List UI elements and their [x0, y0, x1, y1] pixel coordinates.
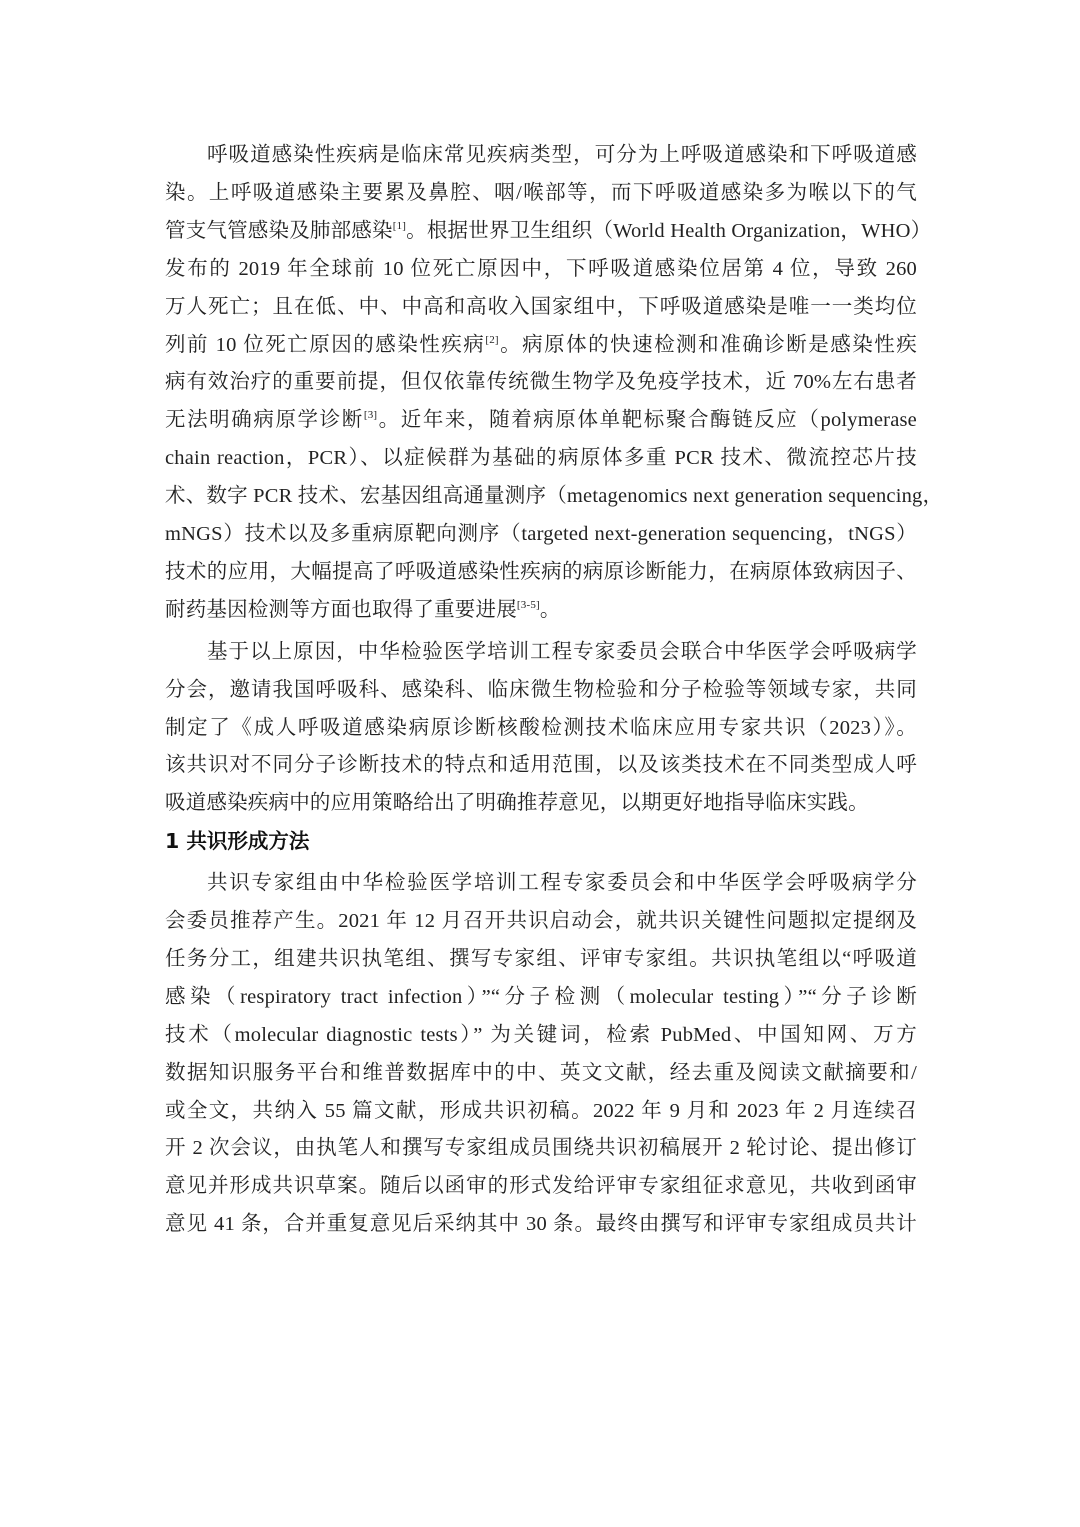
text-line: 技术（molecular diagnostic tests）” 为关键词，检索 … — [165, 1020, 917, 1050]
text-line: 万人死亡；且在低、中、中高和高收入国家组中，下呼吸道感染是唯一一类均位 — [165, 292, 917, 322]
text-line: 病有效治疗的重要前提，但仅依靠传统微生物学及免疫学技术，近 70%左右患者 — [165, 367, 917, 397]
line-text: 吸道感染疾病中的应用策略给出了明确推荐意见，以期更好地指导临床实践。 — [165, 792, 869, 814]
line-text: 数据知识服务平台和维普数据库中的中、英文文献，经去重及阅读文献摘要和/ — [165, 1062, 917, 1084]
line-text: 技术（molecular diagnostic tests）” 为关键词，检索 … — [165, 1024, 917, 1046]
text-line: 耐药基因检测等方面也取得了重要进展[3-5]。 — [165, 595, 917, 625]
text-line: 发布的 2019 年全球前 10 位死亡原因中，下呼吸道感染位居第 4 位，导致… — [165, 254, 917, 284]
line-text: 共识专家组由中华检验医学培训工程专家委员会和中华医学会呼吸病学分 — [207, 872, 917, 894]
text-line: 基于以上原因，中华检验医学培训工程专家委员会联合中华医学会呼吸病学 — [207, 637, 917, 667]
line-text: 管支气管感染及肺部感染 — [165, 220, 393, 242]
line-text: 任务分工，组建共识执笔组、撰写专家组、评审专家组。共识执笔组以“呼吸道 — [165, 948, 917, 970]
line-text: 无法明确病原学诊断 — [165, 409, 364, 431]
text-line: 共识专家组由中华检验医学培训工程专家委员会和中华医学会呼吸病学分 — [207, 868, 917, 898]
text-line: mNGS）技术以及多重病原靶向测序（targeted next-generati… — [165, 519, 917, 549]
citation-reference[interactable]: [2] — [485, 334, 498, 346]
line-text: 或全文，共纳入 55 篇文献，形成共识初稿。2022 年 9 月和 2023 年… — [165, 1100, 917, 1122]
text-line: 染。上呼吸道感染主要累及鼻腔、咽/喉部等，而下呼吸道感染多为喉以下的气 — [165, 178, 917, 208]
citation-reference[interactable]: [1] — [393, 220, 406, 232]
text-line: 会委员推荐产生。2021 年 12 月召开共识启动会，就共识关键性问题拟定提纲及 — [165, 906, 917, 936]
line-text: 制定了《成人呼吸道感染病原诊断核酸检测技术临床应用专家共识（2023）》。 — [165, 717, 917, 739]
text-line: 任务分工，组建共识执笔组、撰写专家组、评审专家组。共识执笔组以“呼吸道 — [165, 944, 917, 974]
line-text: 术、数字 PCR 技术、宏基因组高通量测序（metagenomics next … — [165, 485, 943, 507]
text-line: 意见 41 条，合并重复意见后采纳其中 30 条。最终由撰写和评审专家组成员共计 — [165, 1209, 917, 1239]
line-text: 呼吸道感染性疾病是临床常见疾病类型，可分为上呼吸道感染和下呼吸道感 — [207, 144, 917, 166]
line-text-continued: 。 — [540, 599, 561, 621]
text-line: 感染（respiratory tract infection）”“分子检测（mo… — [165, 982, 917, 1012]
text-line: 开 2 次会议，由执笔人和撰写专家组成员围绕共识初稿展开 2 轮讨论、提出修订 — [165, 1133, 917, 1163]
line-text: 意见并形成共识草案。随后以函审的形式发给评审专家组征求意见，共收到函审 — [165, 1175, 917, 1197]
text-line: 分会，邀请我国呼吸科、感染科、临床微生物检验和分子检验等领域专家，共同 — [165, 675, 917, 705]
text-line: 无法明确病原学诊断[3]。近年来，随着病原体单靶标聚合酶链反应（polymera… — [165, 405, 917, 435]
text-line: 吸道感染疾病中的应用策略给出了明确推荐意见，以期更好地指导临床实践。 — [165, 788, 917, 818]
line-text: 技术的应用，大幅提高了呼吸道感染性疾病的病原诊断能力，在病原体致病因子、 — [165, 561, 917, 583]
text-line: 呼吸道感染性疾病是临床常见疾病类型，可分为上呼吸道感染和下呼吸道感 — [207, 140, 917, 170]
line-text-continued: 。根据世界卫生组织（World Health Organization，WHO） — [406, 220, 931, 242]
text-line: chain reaction，PCR）、以症候群为基础的病原体多重 PCR 技术… — [165, 443, 917, 473]
line-text: 开 2 次会议，由执笔人和撰写专家组成员围绕共识初稿展开 2 轮讨论、提出修订 — [165, 1137, 917, 1159]
line-text: 会委员推荐产生。2021 年 12 月召开共识启动会，就共识关键性问题拟定提纲及 — [165, 910, 917, 932]
line-text: 耐药基因检测等方面也取得了重要进展 — [165, 599, 517, 621]
citation-reference[interactable]: [3-5] — [517, 599, 540, 611]
line-text-continued: 。病原体的快速检测和准确诊断是感染性疾 — [499, 334, 917, 356]
section-heading: 1 共识形成方法 — [165, 826, 309, 856]
text-line: 列前 10 位死亡原因的感染性疾病[2]。病原体的快速检测和准确诊断是感染性疾 — [165, 330, 917, 360]
line-text: 病有效治疗的重要前提，但仅依靠传统微生物学及免疫学技术，近 70%左右患者 — [165, 371, 917, 393]
line-text: 分会，邀请我国呼吸科、感染科、临床微生物检验和分子检验等领域专家，共同 — [165, 679, 917, 701]
line-text: 基于以上原因，中华检验医学培训工程专家委员会联合中华医学会呼吸病学 — [207, 641, 917, 663]
line-text: 列前 10 位死亡原因的感染性疾病 — [165, 334, 485, 356]
text-line: 技术的应用，大幅提高了呼吸道感染性疾病的病原诊断能力，在病原体致病因子、 — [165, 557, 917, 587]
line-text: 该共识对不同分子诊断技术的特点和适用范围，以及该类技术在不同类型成人呼 — [165, 754, 917, 776]
text-line: 术、数字 PCR 技术、宏基因组高通量测序（metagenomics next … — [165, 481, 917, 511]
text-line: 或全文，共纳入 55 篇文献，形成共识初稿。2022 年 9 月和 2023 年… — [165, 1096, 917, 1126]
text-line: 制定了《成人呼吸道感染病原诊断核酸检测技术临床应用专家共识（2023）》。 — [165, 713, 917, 743]
text-line: 数据知识服务平台和维普数据库中的中、英文文献，经去重及阅读文献摘要和/ — [165, 1058, 917, 1088]
line-text-continued: 。近年来，随着病原体单靶标聚合酶链反应（polymerase — [377, 409, 917, 431]
line-text: chain reaction，PCR）、以症候群为基础的病原体多重 PCR 技术… — [165, 447, 917, 469]
text-line: 管支气管感染及肺部感染[1]。根据世界卫生组织（World Health Org… — [165, 216, 917, 246]
text-line: 该共识对不同分子诊断技术的特点和适用范围，以及该类技术在不同类型成人呼 — [165, 750, 917, 780]
line-text: 万人死亡；且在低、中、中高和高收入国家组中，下呼吸道感染是唯一一类均位 — [165, 296, 917, 318]
line-text: 感染（respiratory tract infection）”“分子检测（mo… — [165, 986, 917, 1008]
line-text: 染。上呼吸道感染主要累及鼻腔、咽/喉部等，而下呼吸道感染多为喉以下的气 — [165, 182, 917, 204]
line-text: mNGS）技术以及多重病原靶向测序（targeted next-generati… — [165, 523, 917, 545]
document-page: 呼吸道感染性疾病是临床常见疾病类型，可分为上呼吸道感染和下呼吸道感染。上呼吸道感… — [0, 0, 1080, 1527]
line-text: 发布的 2019 年全球前 10 位死亡原因中，下呼吸道感染位居第 4 位，导致… — [165, 258, 917, 280]
text-line: 意见并形成共识草案。随后以函审的形式发给评审专家组征求意见，共收到函审 — [165, 1171, 917, 1201]
line-text: 意见 41 条，合并重复意见后采纳其中 30 条。最终由撰写和评审专家组成员共计 — [165, 1213, 917, 1235]
citation-reference[interactable]: [3] — [364, 409, 377, 421]
